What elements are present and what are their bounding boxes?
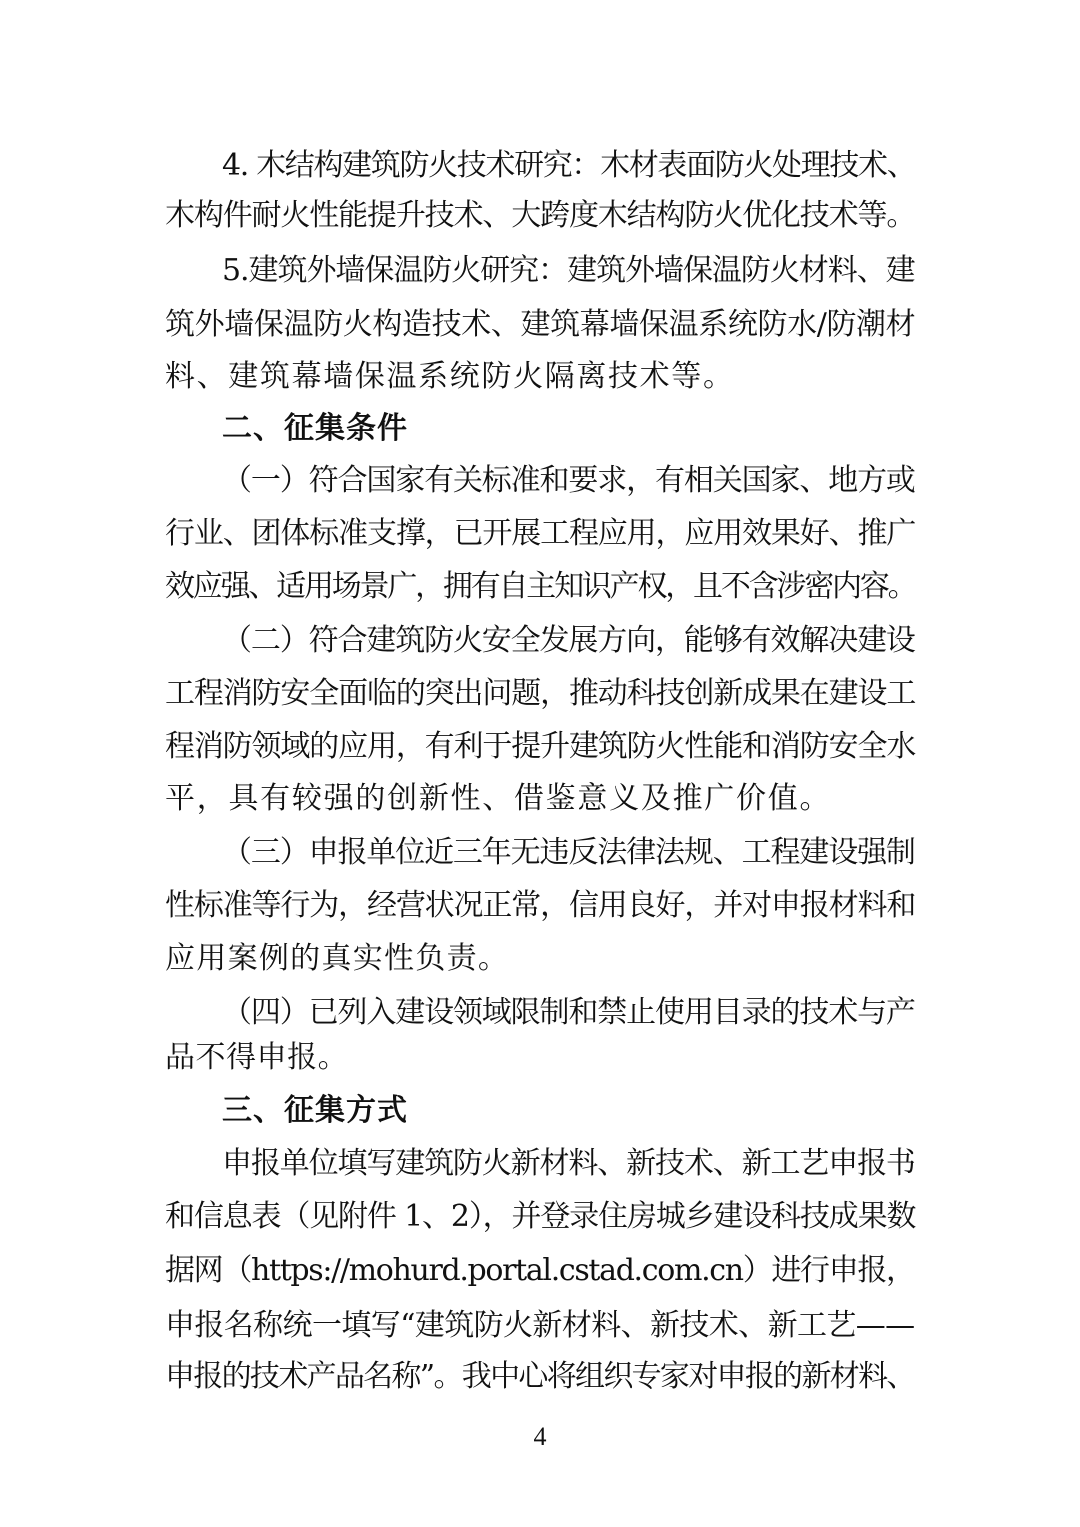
text-line: （一）符合国家有关标准和要求，有相关国家、地方或 — [222, 461, 982, 501]
text-line: （二）符合建筑防火安全发展方向，能够有效解决建设 — [222, 621, 982, 661]
text-line: 申报的技术产品名称”。我中心将组织专家对申报的新材料、 — [165, 1357, 925, 1397]
text-line: 程消防领域的应用，有利于提升建筑防火性能和消防安全水 — [165, 727, 925, 767]
text-line: 申报名称统一填写“建筑防火新材料、新技术、新工艺—— — [165, 1306, 925, 1346]
text-line: 据网（https://mohurd.portal.cstad.com.cn）进行… — [165, 1251, 925, 1291]
text-line: 5.建筑外墙保温防火研究：建筑外墙保温防火材料、建 — [222, 251, 982, 291]
text-line: 4. 木结构建筑防火技术研究：木材表面防火处理技术、 — [222, 146, 982, 186]
text-line: 和信息表（见附件 1、2），并登录住房城乡建设科技成果数 — [165, 1197, 925, 1237]
text-line: 效应强、适用场景广，拥有自主知识产权，且不含涉密内容。 — [165, 567, 925, 607]
text-line: 申报单位填写建筑防火新材料、新技术、新工艺申报书 — [222, 1144, 982, 1184]
text-line: 工程消防安全面临的突出问题，推动科技创新成果在建设工 — [165, 674, 925, 714]
text-line: 品不得申报。 — [165, 1038, 925, 1078]
page-number: 4 — [0, 1422, 1080, 1452]
text-line: 平，具有较强的创新性、借鉴意义及推广价值。 — [165, 779, 925, 819]
section-heading: 二、征集条件 — [222, 409, 982, 449]
text-line: 木构件耐火性能提升技术、大跨度木结构防火优化技术等。 — [165, 196, 925, 236]
text-line: （四）已列入建设领域限制和禁止使用目录的技术与产 — [222, 993, 982, 1033]
text-line: 筑外墙保温防火构造技术、建筑幕墙保温系统防水/防潮材 — [165, 305, 925, 345]
text-line: 应用案例的真实性负责。 — [165, 939, 925, 979]
document-page: 4. 木结构建筑防火技术研究：木材表面防火处理技术、木构件耐火性能提升技术、大跨… — [0, 0, 1080, 1527]
section-heading: 三、征集方式 — [222, 1091, 982, 1131]
text-line: 性标准等行为，经营状况正常，信用良好，并对申报材料和 — [165, 886, 925, 926]
text-line: 行业、团体标准支撑，已开展工程应用，应用效果好、推广 — [165, 514, 925, 554]
text-line: （三）申报单位近三年无违反法律法规、工程建设强制 — [222, 833, 982, 873]
text-line: 料、建筑幕墙保温系统防火隔离技术等。 — [165, 357, 925, 397]
